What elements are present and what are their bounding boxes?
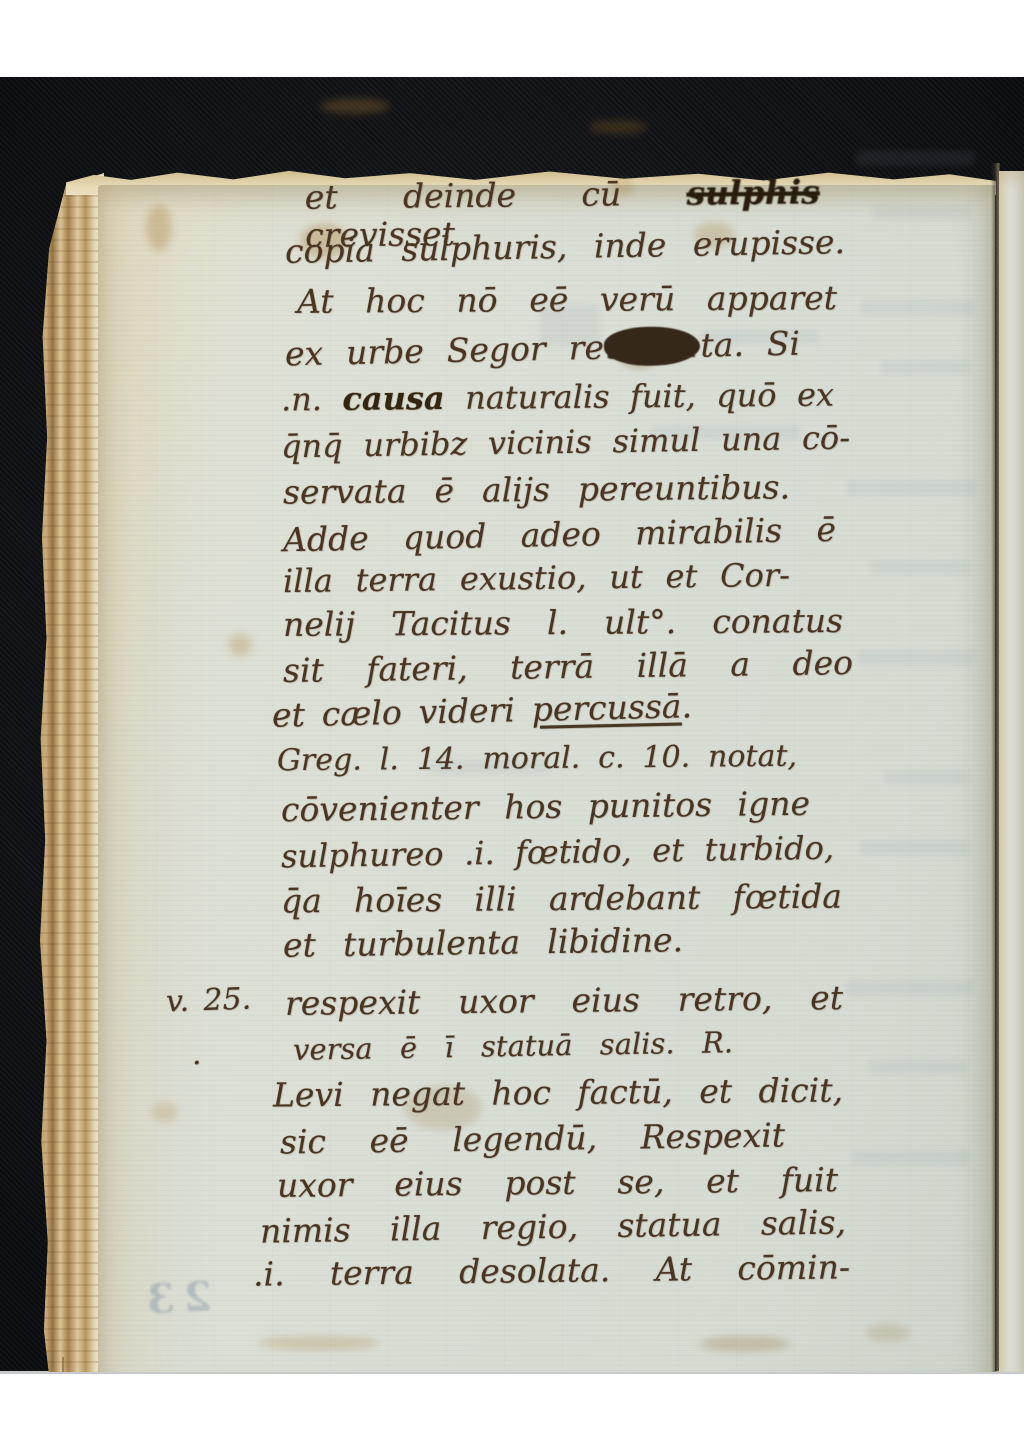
top-white-margin [0,0,1024,77]
manuscript-text: nelij Tacitus l. ult°. conatus [283,601,843,644]
manuscript-line: et cælo videri percussā. [272,687,693,734]
manuscript-text: et turbulenta libidine. [283,920,684,965]
manuscript-line: cōvenienter hos punitos igne [281,785,810,829]
bottom-white-margin [0,1374,1024,1448]
manuscript-text: copia sulphuris, inde erupisse. [285,222,846,271]
manuscript-text: .i. terra desolata. At cōmin- [253,1247,850,1293]
manuscript-line: Adde quod adeo mirabilis ē [283,511,837,560]
manuscript-line: . [192,1038,202,1073]
manuscript-text: At hoc nō eē verū apparet [297,278,837,321]
manuscript-line: sic eē legendū, Respexit [280,1116,785,1161]
manuscript-text: . [192,1037,202,1072]
manuscript-line: sulphureo .i. fœtido, et turbido, [281,830,835,875]
manuscript-line: q̄a hoīes illi ardebant fœtida [281,878,842,921]
manuscript-text: cōvenienter hos punitos igne [281,784,810,829]
manuscript-text: ta. Si [700,324,800,365]
manuscript-photo-frame: 23 et deinde cū sulphis crevissetcopia s… [0,0,1024,1448]
manuscript-line: Levi negat hoc factū, et dicit, [273,1072,843,1115]
manuscript-line: nelij Tacitus l. ult°. conatus [283,602,843,644]
manuscript-text: servata ē alijs pereuntibus. [283,467,790,511]
manuscript-text: sic eē legendū, Respexit [280,1115,785,1161]
manuscript-line: At hoc nō eē verū apparet [297,279,837,321]
manuscript-line: et turbulenta libidine. [283,921,683,965]
manuscript-word-under: percussā [531,686,682,728]
manuscript-line: versa ē ī statuā salis. R. [293,1026,734,1067]
manuscript-text: sit fateri, terrā illā a deo [283,643,853,690]
manuscript-line: q̄nq̄ urbibz vicinis simul una cō- [281,420,851,466]
manuscript-text: et cælo videri [272,690,533,735]
manuscript-text: q̄a hoīes illi ardebant fœtida [281,877,842,921]
manuscript-line: respexit uxor eius retro, et [285,979,843,1023]
handwriting-layer: et deinde cū sulphis crevissetcopia sulp… [0,77,1024,1372]
manuscript-text: Greg. l. 14. moral. c. 10. notat, [277,739,797,779]
manuscript-text: Adde quod adeo mirabilis ē [283,510,837,560]
manuscript-text: nimis illa regio, statua salis, [260,1202,847,1250]
manuscript-line: illa terra exustio, ut et Cor- [283,557,790,600]
manuscript-line: copia sulphuris, inde erupisse. [285,223,846,271]
manuscript-line: servata ē alijs pereuntibus. [283,468,790,511]
manuscript-word-bold: causa [342,379,445,418]
manuscript-text: versa ē ī statuā salis. R. [293,1025,734,1067]
manuscript-text: ex urbe Segor re [285,328,605,374]
manuscript-text: v. 25. [165,982,251,1020]
manuscript-text: . [681,686,692,725]
manuscript-text: et deinde cū [305,174,687,217]
manuscript-text: naturalis fuit, quō ex [444,376,834,417]
manuscript-text: respexit uxor eius retro, et [285,978,843,1023]
manuscript-line: sit fateri, terrā illā a deo [283,644,853,690]
manuscript-text: uxor eius post se, et fuit [277,1160,838,1205]
photograph-area: 23 et deinde cū sulphis crevissetcopia s… [0,77,1024,1372]
manuscript-word-blot: serva [603,326,700,367]
manuscript-line: v. 25. [165,983,251,1020]
manuscript-word-struck: sulphis [686,172,820,212]
manuscript-line: .i. terra desolata. At cōmin- [253,1248,850,1293]
manuscript-text: Levi negat hoc factū, et dicit, [273,1071,843,1115]
manuscript-line: .n. causa naturalis fuit, quō ex [281,377,834,419]
manuscript-line: ex urbe Segor reservata. Si [285,325,801,374]
manuscript-line: uxor eius post se, et fuit [277,1161,838,1205]
manuscript-text: illa terra exustio, ut et Cor- [283,556,790,600]
manuscript-line: nimis illa regio, statua salis, [260,1203,847,1250]
manuscript-text: q̄nq̄ urbibz vicinis simul una cō- [281,419,851,466]
manuscript-text: .n. [281,380,343,419]
manuscript-text: sulphureo .i. fœtido, et turbido, [281,829,835,876]
manuscript-line: Greg. l. 14. moral. c. 10. notat, [277,740,797,779]
